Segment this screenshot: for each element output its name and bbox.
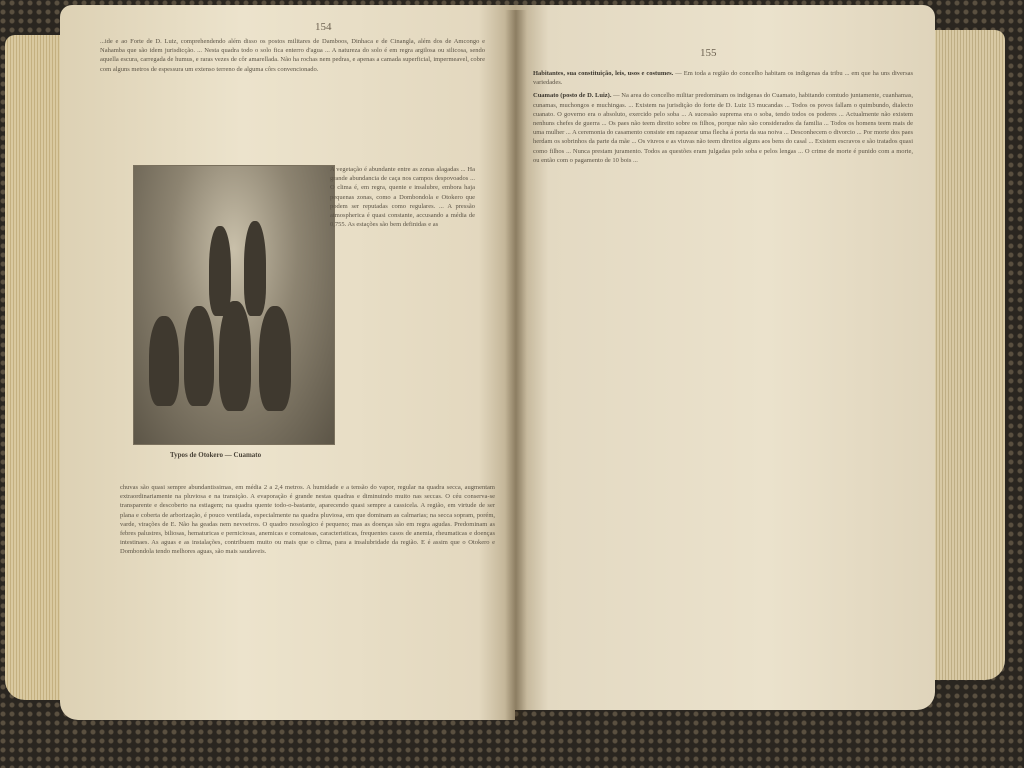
open-book: 154 ...ide e ao Forte de D. Luiz, compre… xyxy=(0,0,1024,768)
figure-caption: Typos de Otokero — Cuamato xyxy=(170,451,261,459)
right-page-text: Habitantes, sua constituição, leis, usos… xyxy=(533,69,913,165)
left-page-side-text: A vegetação é abundante entre as zonas a… xyxy=(330,165,475,229)
figure-person xyxy=(149,316,179,406)
figure-person xyxy=(259,306,291,411)
page-number-left: 154 xyxy=(315,21,332,33)
figure-person xyxy=(184,306,214,406)
section-subheading: Cuamato (posto de D. Luiz). xyxy=(533,92,611,99)
figure-photo xyxy=(133,165,335,445)
left-page-top-text: ...ide e ao Forte de D. Luiz, comprehend… xyxy=(100,37,485,74)
figure-person xyxy=(209,226,231,316)
page-number-right: 155 xyxy=(700,47,717,59)
right-page: 155 Habitantes, sua constituição, leis, … xyxy=(515,5,935,710)
figure-person xyxy=(219,301,251,411)
book-gutter xyxy=(505,10,527,720)
figure-person xyxy=(244,221,266,316)
left-page: 154 ...ide e ao Forte de D. Luiz, compre… xyxy=(60,5,515,720)
section-heading: Habitantes, sua constituição, leis, usos… xyxy=(533,70,673,77)
left-page-bottom-text: chuvas são quasi sempre abundantissimas,… xyxy=(120,483,495,557)
